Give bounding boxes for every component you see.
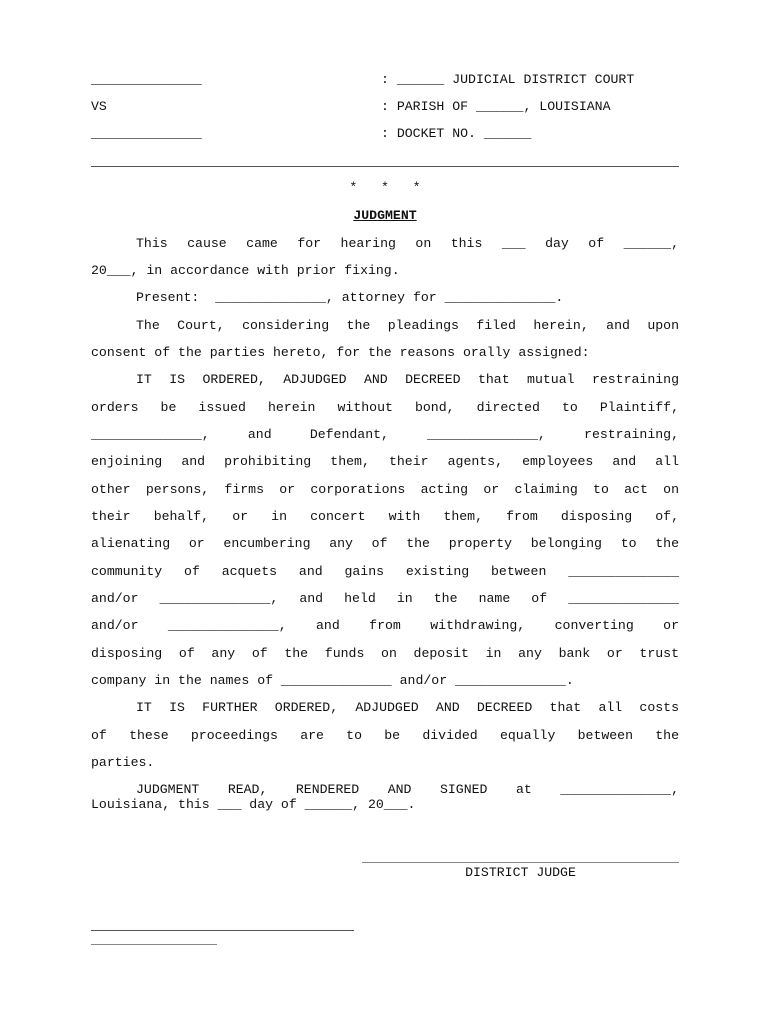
costs-line-2: of these proceedings are to be divided e… [91,728,679,744]
costs-line-3: parties. [91,755,154,771]
order-line-8: community of acquets and gains existing … [91,564,679,580]
order-line-4: enjoining and prohibiting them, their ag… [91,454,679,470]
court-line: : ______ JUDICIAL DISTRICT COURT [381,72,634,88]
docket-line: : DOCKET NO. ______ [381,126,531,142]
attorney-name-line[interactable] [91,944,217,945]
judge-signature-line[interactable] [362,862,679,863]
paragraph-hearing-line-1: This cause came for hearing on this ___ … [91,236,679,252]
present-line: Present: ______________, attorney for __… [91,290,563,306]
attorney-signature-line[interactable] [91,930,354,931]
order-line-12: company in the names of ______________ a… [91,673,574,689]
document-title: JUDGMENT [91,208,679,224]
order-line-7: alienating or encumbering any of the pro… [91,536,679,552]
order-line-6: their behalf, or in concert with them, f… [91,509,679,525]
vs-label: VS [91,99,107,115]
district-judge-label: DISTRICT JUDGE [362,865,679,881]
defendant-name-blank[interactable]: ______________ [91,126,202,142]
order-line-1: IT IS ORDERED, ADJUDGED AND DECREED that… [91,372,679,388]
court-consideration-line-1: The Court, considering the pleadings fil… [91,318,679,334]
section-separator: * * * [91,180,679,196]
order-line-10: and/or ______________, and from withdraw… [91,618,679,634]
paragraph-hearing-line-2: 20___, in accordance with prior fixing. [91,263,400,279]
caption-divider [91,166,679,167]
order-line-11: disposing of any of the funds on deposit… [91,646,679,662]
costs-line-1: IT IS FURTHER ORDERED, ADJUDGED AND DECR… [91,700,679,716]
signed-line-2: Louisiana, this ___ day of ______, 20___… [91,797,415,813]
signed-line-1: JUDGMENT READ, RENDERED AND SIGNED at __… [91,782,679,798]
order-line-5: other persons, firms or corporations act… [91,482,679,498]
order-line-9: and/or ______________, and held in the n… [91,591,679,607]
parish-line: : PARISH OF ______, LOUISIANA [381,99,611,115]
order-line-2: orders be issued herein without bond, di… [91,400,679,416]
order-line-3: ______________, and Defendant, _________… [91,427,679,443]
court-consideration-line-2: consent of the parties hereto, for the r… [91,345,590,361]
plaintiff-name-blank[interactable]: ______________ [91,72,202,88]
